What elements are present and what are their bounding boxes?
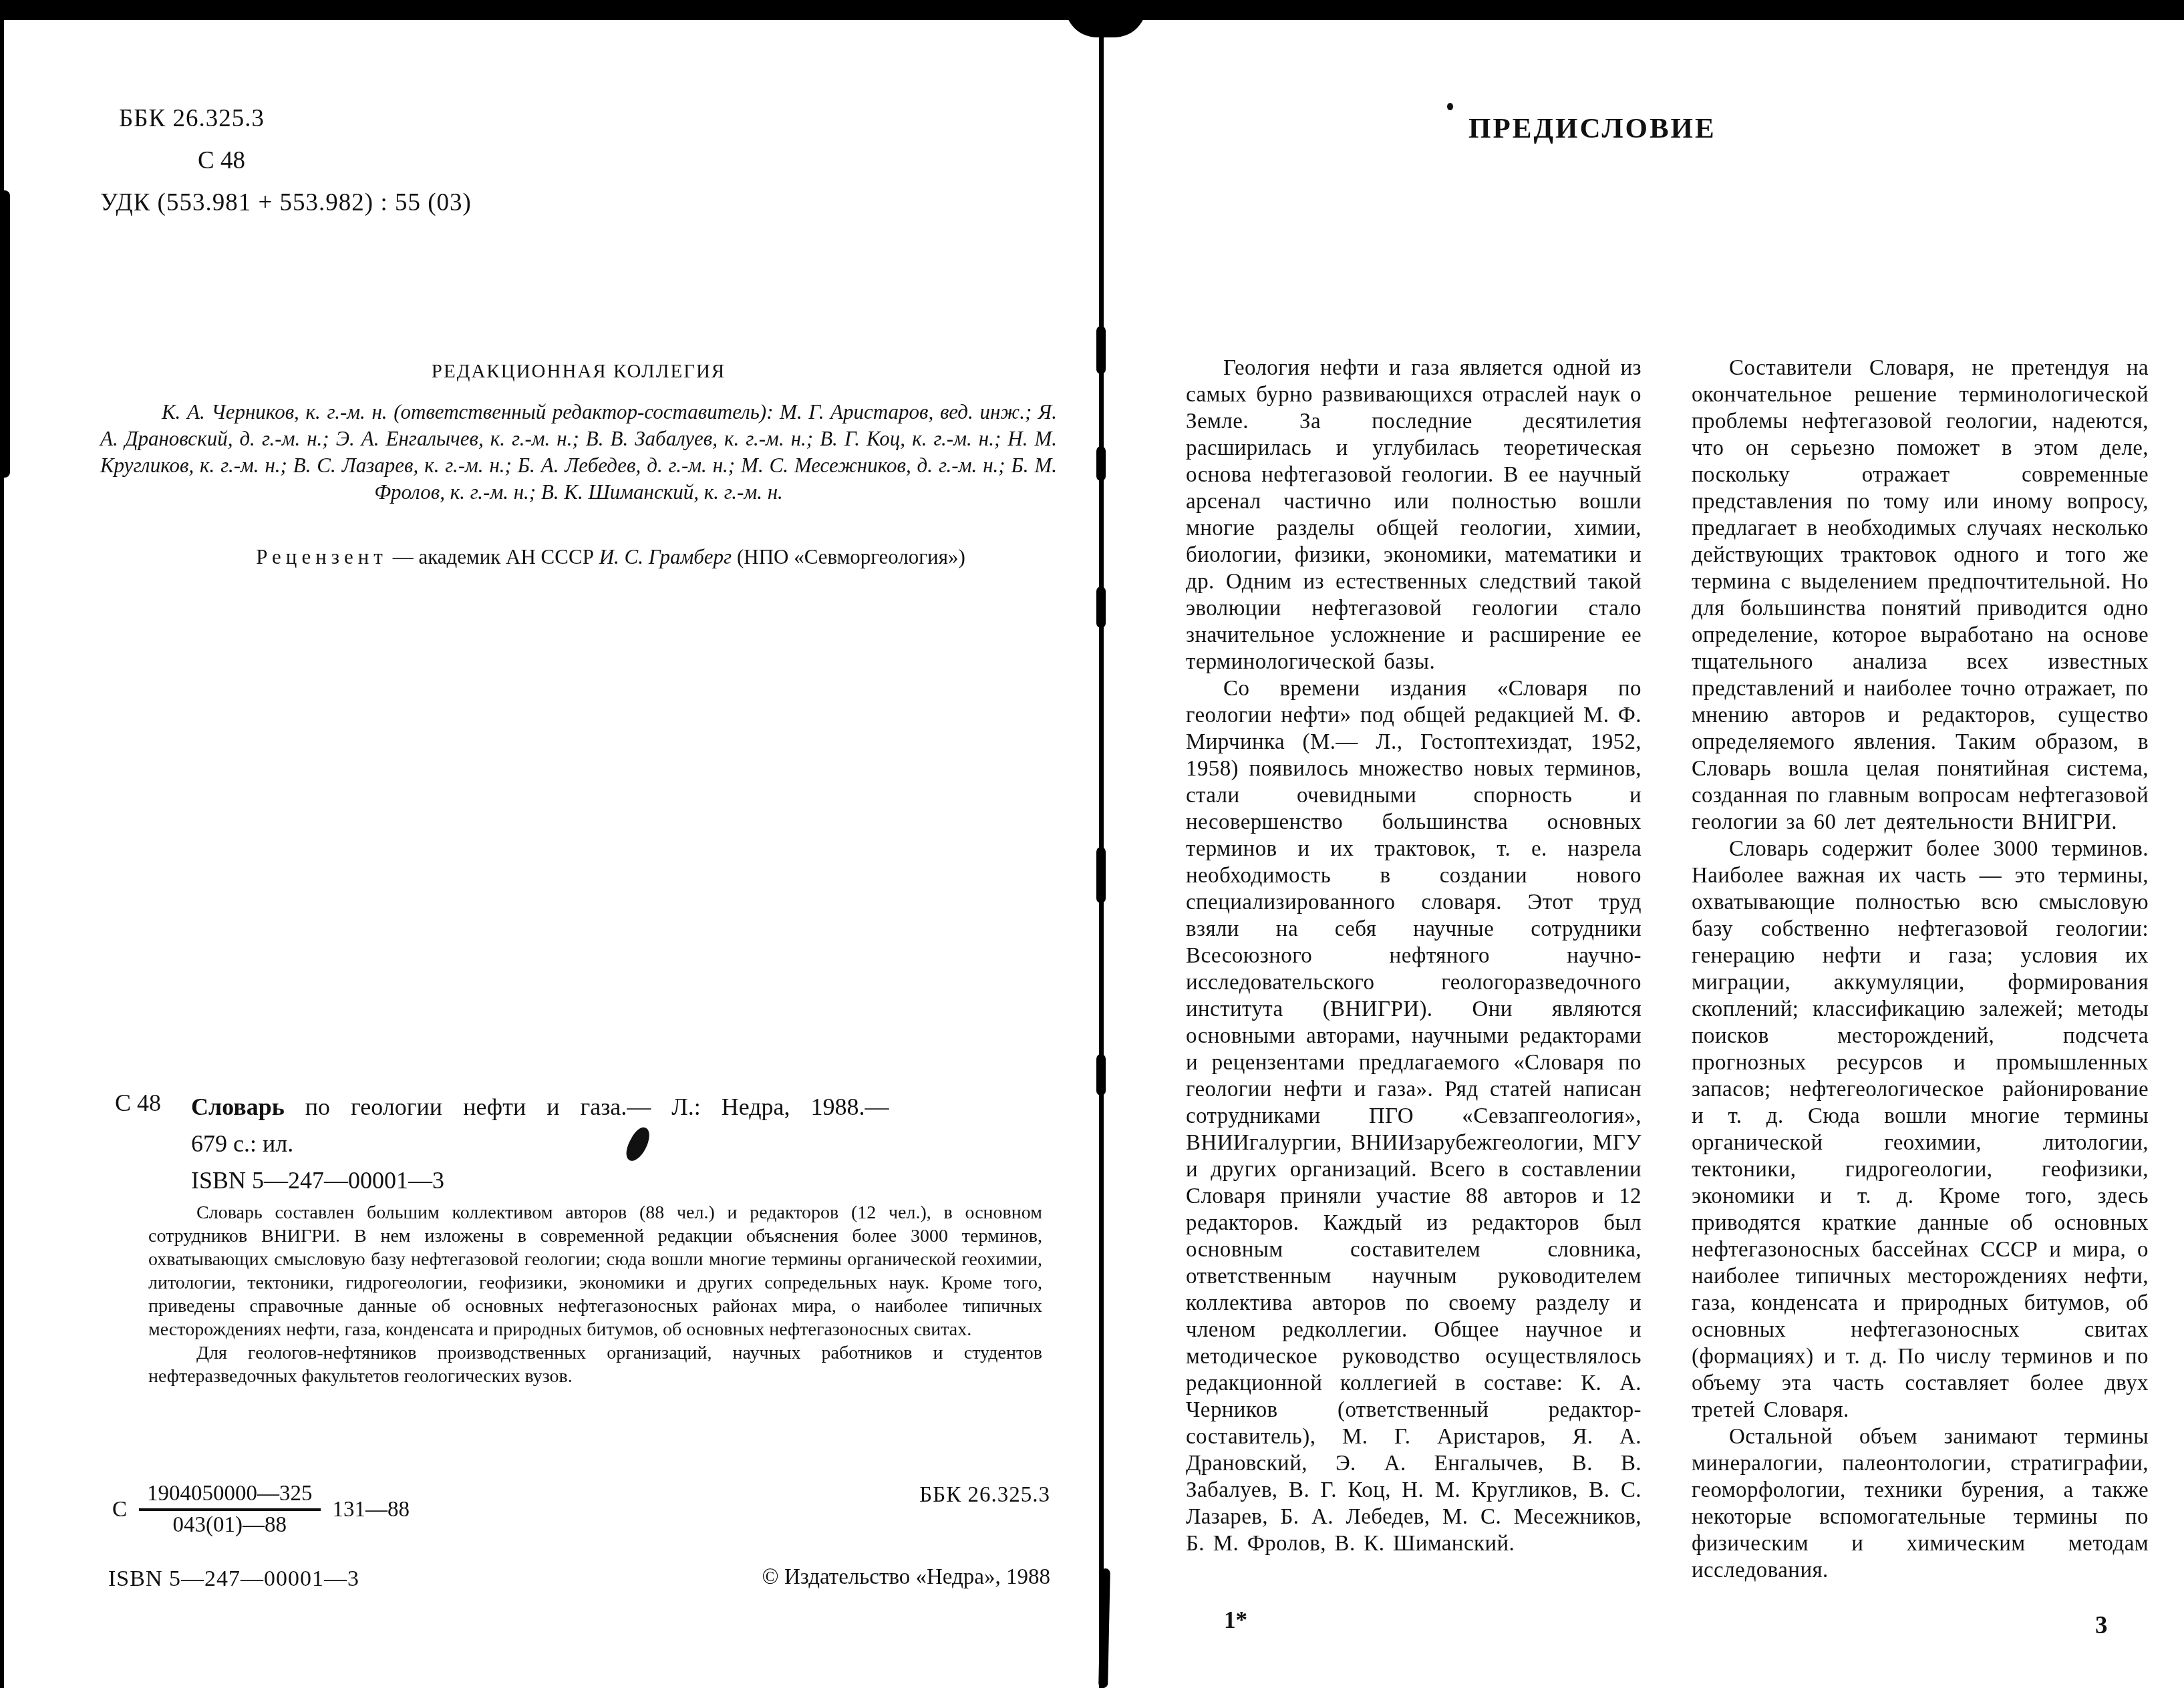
gutter-ink-blob	[1098, 1568, 1110, 1688]
annotation-paragraph: Для геологов-нефтяников производственных…	[148, 1341, 1042, 1388]
preface-column-2: Составители Словаря, не претендуя на око…	[1692, 355, 2149, 1584]
catalog-entry-title-line: Словарь по геологии нефти и газа.— Л.: Н…	[191, 1089, 1048, 1126]
preface-column-1: Геология нефти и газа является одной из …	[1186, 355, 1642, 1557]
editorial-board-heading: РЕДАКЦИОННАЯ КОЛЛЕГИЯ	[100, 361, 1057, 383]
catalog-entry-pages: 679 с.: ил.	[191, 1126, 1048, 1162]
preface-paragraph: Со времени издания «Словаря по геологии …	[1186, 675, 1642, 1557]
scan-speck	[1447, 103, 1453, 110]
gutter-ink-blob	[1096, 847, 1106, 903]
catalog-formula-numerator: 1904050000—325	[139, 1482, 321, 1508]
catalog-entry-code: С 48	[115, 1089, 161, 1117]
catalog-formula-denominator: 043(01)—88	[139, 1508, 321, 1538]
reviewer-line: Рецензент — академик АН СССР И. С. Грамб…	[100, 542, 1057, 571]
catalog-card-formula: С 1904050000—325 043(01)—88 131—88	[112, 1482, 410, 1538]
preface-paragraph: Остальной объем занимают термины минерал…	[1692, 1423, 2149, 1584]
bbk-classification-code: ББК 26.325.3	[119, 104, 265, 133]
preface-title: ПРЕДИСЛОВИЕ	[1468, 112, 1716, 145]
book-title: Словарь	[191, 1093, 285, 1120]
annotation-paragraph: Словарь составлен большим коллективом ав…	[148, 1201, 1042, 1341]
gutter-ink-blob	[1096, 326, 1106, 374]
editorial-board-members: К. А. Черников, к. г.-м. н. (ответственн…	[100, 399, 1057, 506]
reviewer-label: Рецензент	[256, 545, 387, 568]
author-sign-code: С 48	[198, 146, 245, 175]
gutter-ink-blob	[1096, 1054, 1106, 1095]
catalog-entry: Словарь по геологии нефти и газа.— Л.: Н…	[191, 1089, 1048, 1199]
preface-paragraph: Геология нефти и газа является одной из …	[1186, 355, 1642, 675]
catalog-formula-prefix: С	[112, 1498, 127, 1522]
udk-classification-code: УДК (553.981 + 553.982) : 55 (03)	[100, 188, 472, 217]
page-number: 3	[2095, 1611, 2108, 1640]
book-imprint: по геологии нефти и газа.— Л.: Недра, 19…	[285, 1093, 889, 1120]
catalog-formula-suffix: 131—88	[333, 1498, 410, 1522]
copyright-notice: © Издательство «Недра», 1988	[668, 1565, 1050, 1590]
book-spread-scan: ББК 26.325.3 С 48 УДК (553.981 + 553.982…	[0, 0, 2184, 1688]
isbn-number: ISBN 5—247—00001—3	[108, 1566, 359, 1592]
reviewer-degree: — академик АН СССР	[387, 545, 599, 568]
gutter-ink-blob	[1096, 446, 1106, 481]
printer-signature-mark: 1*	[1224, 1607, 1247, 1634]
gutter-top-shadow	[1065, 0, 1146, 37]
bbk-code-bottom: ББК 26.325.3	[802, 1483, 1050, 1508]
reviewer-organization: (НПО «Севморгеология»)	[732, 545, 965, 568]
preface-paragraph: Словарь содержит более 3000 терминов. На…	[1692, 836, 2149, 1423]
reviewer-name: И. С. Грамберг	[599, 545, 732, 568]
catalog-formula-fraction: 1904050000—325 043(01)—88	[139, 1482, 321, 1538]
scan-left-edge-blob	[0, 190, 10, 478]
preface-paragraph: Составители Словаря, не претендуя на око…	[1692, 355, 2149, 836]
catalog-entry-isbn: ISBN 5—247—00001—3	[191, 1162, 1048, 1199]
gutter-ink-blob	[1096, 586, 1106, 628]
annotation-block: Словарь составлен большим коллективом ав…	[148, 1201, 1042, 1388]
